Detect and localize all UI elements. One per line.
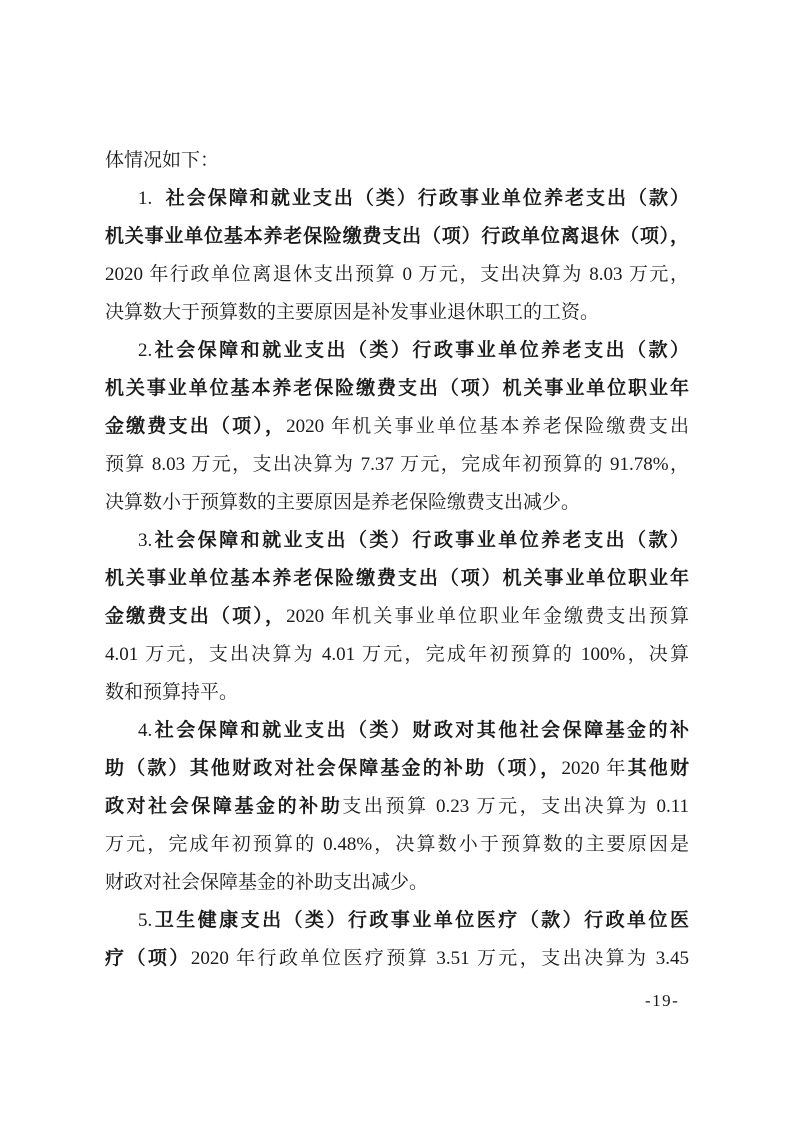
text-line: 2.社会保障和就业支出（类）行政事业单位养老支出（款）: [105, 332, 689, 370]
text-segment-bold: 机关事业单位基本养老保险缴费支出（项）机关事业单位职业年: [105, 568, 689, 589]
text-line: 助（款）其他财政对社会保障基金的补助（项），2020 年其他财: [105, 750, 689, 788]
text-line: 疗（项）2020 年行政单位医疗预算 3.51 万元，支出决算为 3.45: [105, 940, 689, 978]
text-segment: 体情况如下：: [105, 150, 219, 171]
document-body: 体情况如下：1. 社会保障和就业支出（类）行政事业单位养老支出（款）机关事业单位…: [105, 142, 689, 978]
text-segment-bold: 卫生健康支出（类）行政事业单位医疗（款）行政单位医: [152, 910, 689, 931]
text-segment-bold: 社会保障和就业支出（类）财政对其他社会保障基金的补: [152, 720, 689, 741]
text-line: 4.社会保障和就业支出（类）财政对其他社会保障基金的补: [105, 712, 689, 750]
text-line: 万元，完成年初预算的 0.48%，决算数小于预算数的主要原因是: [105, 826, 689, 864]
text-line: 金缴费支出（项），2020 年机关事业单位基本养老保险缴费支出: [105, 408, 689, 446]
text-segment: 2020 年行政单位医疗预算 3.51 万元，支出决算为 3.45: [191, 948, 689, 969]
paragraph: 3.社会保障和就业支出（类）行政事业单位养老支出（款）机关事业单位基本养老保险缴…: [105, 522, 689, 712]
text-line: 预算 8.03 万元，支出决算为 7.37 万元，完成年初预算的 91.78%，: [105, 446, 689, 484]
text-segment-bold: 疗（项）: [105, 948, 191, 969]
text-segment: 2020 年机关事业单位职业年金缴费支出预算: [286, 606, 689, 627]
paragraph: 4.社会保障和就业支出（类）财政对其他社会保障基金的补助（款）其他财政对社会保障…: [105, 712, 689, 902]
paragraph: 5.卫生健康支出（类）行政事业单位医疗（款）行政单位医疗（项）2020 年行政单…: [105, 902, 689, 978]
text-segment: 财政对社会保障基金的补助支出减少。: [105, 872, 428, 893]
text-segment-bold: 金缴费支出（项），: [105, 416, 286, 437]
text-segment: 数和预算持平。: [105, 682, 238, 703]
text-line: 5.卫生健康支出（类）行政事业单位医疗（款）行政单位医: [105, 902, 689, 940]
text-segment: 2.: [138, 340, 152, 361]
text-line: 机关事业单位基本养老保险缴费支出（项）行政单位离退休（项），: [105, 218, 689, 256]
text-segment: 决算数小于预算数的主要原因是养老保险缴费支出减少。: [105, 492, 580, 513]
text-segment-bold: 社会保障和就业支出（类）行政事业单位养老支出（款）: [152, 340, 689, 361]
text-line: 2020 年行政单位离退休支出预算 0 万元，支出决算为 8.03 万元，: [105, 256, 689, 294]
text-segment-bold: 机关事业单位基本养老保险缴费支出（项）机关事业单位职业年: [105, 378, 689, 399]
text-segment: 4.01 万元，支出决算为 4.01 万元，完成年初预算的 100%，决算: [105, 644, 689, 665]
page-number: -19-: [645, 991, 679, 1011]
paragraph: 2.社会保障和就业支出（类）行政事业单位养老支出（款）机关事业单位基本养老保险缴…: [105, 332, 689, 522]
text-segment: 万元，完成年初预算的 0.48%，决算数小于预算数的主要原因是: [105, 834, 689, 855]
text-segment: 预算 8.03 万元，支出决算为 7.37 万元，完成年初预算的 91.78%，: [105, 454, 689, 475]
text-line: 决算数小于预算数的主要原因是养老保险缴费支出减少。: [105, 484, 689, 522]
text-line: 金缴费支出（项），2020 年机关事业单位职业年金缴费支出预算: [105, 598, 689, 636]
text-line: 体情况如下：: [105, 142, 689, 180]
text-segment: 1.: [138, 188, 166, 209]
text-segment: 3.: [138, 530, 152, 551]
text-segment-bold: 金缴费支出（项），: [105, 606, 286, 627]
paragraph: 1. 社会保障和就业支出（类）行政事业单位养老支出（款）机关事业单位基本养老保险…: [105, 180, 689, 332]
text-line: 4.01 万元，支出决算为 4.01 万元，完成年初预算的 100%，决算: [105, 636, 689, 674]
text-line: 1. 社会保障和就业支出（类）行政事业单位养老支出（款）: [105, 180, 689, 218]
text-line: 政对社会保障基金的补助支出预算 0.23 万元，支出决算为 0.11: [105, 788, 689, 826]
text-segment: 4.: [138, 720, 152, 741]
text-segment-bold: 助（款）其他财政对社会保障基金的补助（项），: [105, 758, 561, 779]
text-segment-bold: 社会保障和就业支出（类）行政事业单位养老支出（款）: [166, 188, 689, 209]
text-segment: 2020 年: [561, 758, 627, 779]
text-line: 机关事业单位基本养老保险缴费支出（项）机关事业单位职业年: [105, 560, 689, 598]
text-segment: 决算数大于预算数的主要原因是补发事业退休职工的工资。: [105, 302, 599, 323]
text-segment-bold: 机关事业单位基本养老保险缴费支出（项）行政单位离退休（项），: [105, 226, 689, 247]
text-segment-bold: 政对社会保障基金的补助: [105, 796, 342, 817]
text-line: 数和预算持平。: [105, 674, 689, 712]
text-segment: 2020 年行政单位离退休支出预算 0 万元，支出决算为 8.03 万元，: [105, 264, 689, 285]
text-segment: 5.: [138, 910, 152, 931]
text-segment: 支出预算 0.23 万元，支出决算为 0.11: [342, 796, 689, 817]
text-line: 财政对社会保障基金的补助支出减少。: [105, 864, 689, 902]
text-segment-bold: 其他财: [628, 758, 689, 779]
text-segment: 2020 年机关事业单位基本养老保险缴费支出: [286, 416, 689, 437]
text-line: 机关事业单位基本养老保险缴费支出（项）机关事业单位职业年: [105, 370, 689, 408]
text-line: 决算数大于预算数的主要原因是补发事业退休职工的工资。: [105, 294, 689, 332]
text-line: 3.社会保障和就业支出（类）行政事业单位养老支出（款）: [105, 522, 689, 560]
text-segment-bold: 社会保障和就业支出（类）行政事业单位养老支出（款）: [152, 530, 689, 551]
paragraph: 体情况如下：: [105, 142, 689, 180]
document-page: 体情况如下：1. 社会保障和就业支出（类）行政事业单位养老支出（款）机关事业单位…: [0, 0, 793, 1122]
